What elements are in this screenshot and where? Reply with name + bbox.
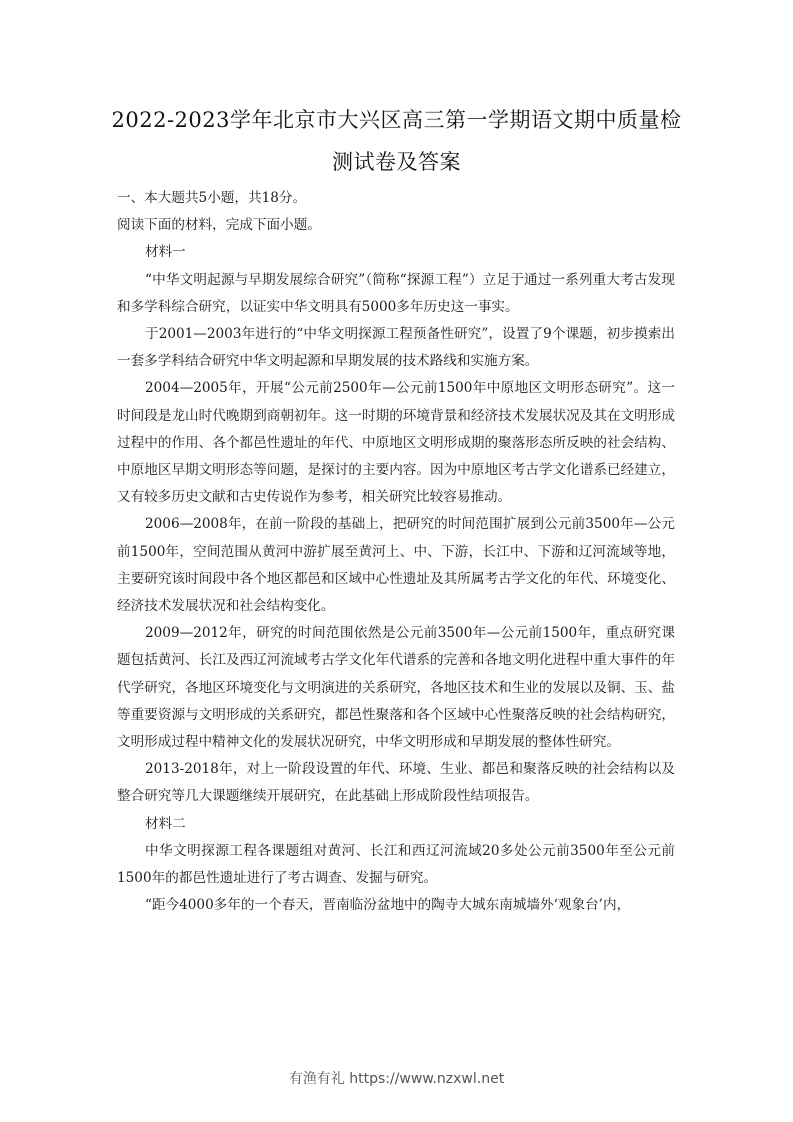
paragraph: 于2001—2003年进行的“中华文明探源工程预备性研究”，设置了9个课题，初步… — [117, 321, 675, 375]
paragraph: 2004—2005年，开展“公元前2500年—公元前1500年中原地区文明形态研… — [117, 375, 675, 511]
material-one-label: 材料一 — [117, 239, 675, 266]
footer-watermark: 有渔有礼 https://www.nzxwl.net — [0, 1068, 793, 1088]
paragraph: 中华文明探源工程各课题组对黄河、长江和西辽河流域20多处公元前3500年至公元前… — [117, 838, 675, 892]
reading-instruction: 阅读下面的材料，完成下面小题。 — [117, 212, 675, 239]
material-two-label: 材料二 — [117, 811, 675, 838]
paragraph: 2009—2012年，研究的时间范围依然是公元前3500年—公元前1500年，重… — [117, 620, 675, 756]
paragraph: “距今4000多年的一个春天，晋南临汾盆地中的陶寺大城东南城墙外‘观象台’内， — [117, 892, 675, 919]
document-page: 2022-2023学年北京市大兴区高三第一学期语文期中质量检 测试卷及答案 一、… — [0, 0, 793, 1122]
document-title-line-2: 测试卷及答案 — [100, 146, 693, 176]
section-header: 一、本大题共5小题，共18分。 — [117, 185, 675, 212]
paragraph: 2013-2018年，对上一阶段设置的年代、环境、生业、都邑和聚落反映的社会结构… — [117, 756, 675, 810]
paragraph: “中华文明起源与早期发展综合研究”（简称“探源工程”）立足于通过一系列重大考古发… — [117, 267, 675, 321]
document-title-line-1: 2022-2023学年北京市大兴区高三第一学期语文期中质量检 — [100, 104, 693, 134]
document-body: 一、本大题共5小题，共18分。 阅读下面的材料，完成下面小题。 材料一 “中华文… — [117, 185, 675, 919]
paragraph: 2006—2008年，在前一阶段的基础上，把研究的时间范围扩展到公元前3500年… — [117, 511, 675, 620]
